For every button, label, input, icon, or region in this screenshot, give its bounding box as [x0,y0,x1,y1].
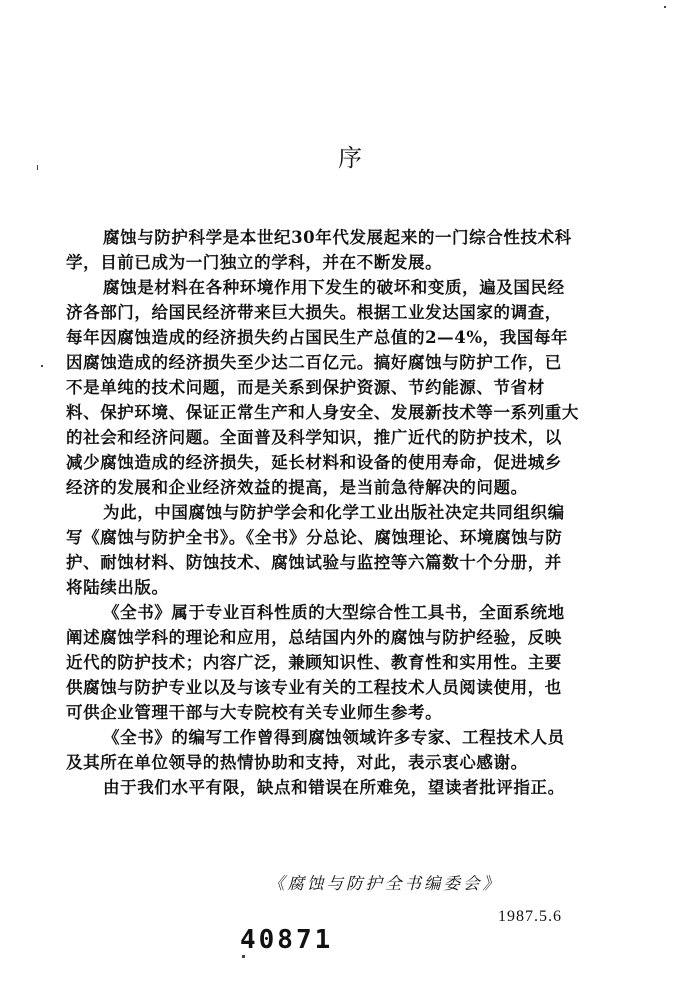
paragraph-6: 由于我们水平有限，缺点和错误在所难免，望读者批评指正。 [66,775,596,800]
date: 1987.5.6 [498,908,562,926]
text-line: 阐述腐蚀学科的理论和应用，总结国内外的腐蚀与防护经验，反映 [66,625,596,650]
preface-body: 腐蚀与防护科学是本世纪30年代发展起来的一门综合性技术科 学，目前已成为一门独立… [66,225,596,800]
text-line: 因腐蚀造成的经济损失至少达二百亿元。搞好腐蚀与防护工作，已 [66,350,596,375]
paragraph-4: 《全书》属于专业百科性质的大型综合性工具书，全面系统地 阐述腐蚀学科的理论和应用… [66,600,596,725]
stamp-number: 40871 [240,925,333,955]
paragraph-1: 腐蚀与防护科学是本世纪30年代发展起来的一门综合性技术科 学，目前已成为一门独立… [66,225,596,275]
text-line: 《全书》的编写工作曾得到腐蚀领域许多专家、工程技术人员 [66,725,596,750]
text-line: 可供企业管理干部与大专院校有关专业师生参考。 [66,700,596,725]
text-line: 腐蚀与防护科学是本世纪30年代发展起来的一门综合性技术科 [66,225,596,250]
signature: 《腐蚀与防护全书编委会》 [268,870,502,894]
text-line: 料、保护环境、保证正常生产和人身安全、发展新技术等一系列重大 [66,400,596,425]
text-line: 及其所在单位领导的热情协助和支持，对此，表示衷心感谢。 [66,750,596,775]
text-line: 将陆续出版。 [66,575,596,600]
text-line: 为此，中国腐蚀与防护学会和化学工业出版社决定共同组织编 [66,500,596,525]
text-line: 每年因腐蚀造成的经济损失约占国民生产总值的2—4%，我国每年 [66,325,596,350]
scan-speck [242,955,245,958]
text-line: 《全书》属于专业百科性质的大型综合性工具书，全面系统地 [66,600,596,625]
paragraph-5: 《全书》的编写工作曾得到腐蚀领域许多专家、工程技术人员 及其所在单位领导的热情协… [66,725,596,775]
text-line: 经济的发展和企业经济效益的提高，是当前急待解决的问题。 [66,475,596,500]
text-line: 护、耐蚀材料、防蚀技术、腐蚀试验与监控等六篇数十个分册，并 [66,550,596,575]
text-line: 济各部门，给国民经济带来巨大损失。根据工业发达国家的调查， [66,300,596,325]
text-line: 近代的防护技术；内容广泛，兼顾知识性、教育性和实用性。主要 [66,650,596,675]
paragraph-3: 为此，中国腐蚀与防护学会和化学工业出版社决定共同组织编 写《腐蚀与防护全书》。《… [66,500,596,600]
text-line: 不是单纯的技术问题，而是关系到保护资源、节约能源、节省材 [66,375,596,400]
scan-speck [37,165,38,170]
text-line: 写《腐蚀与防护全书》。《全书》分总论、腐蚀理论、环境腐蚀与防 [66,525,596,550]
text-line: 减少腐蚀造成的经济损失，延长材料和设备的使用寿命，促进城乡 [66,450,596,475]
text-line: 学，目前已成为一门独立的学科，并在不断发展。 [66,250,596,275]
text-line: 腐蚀是材料在各种环境作用下发生的破坏和变质，遍及国民经 [66,275,596,300]
text-line: 由于我们水平有限，缺点和错误在所难免，望读者批评指正。 [66,775,596,800]
scan-speck [41,365,43,367]
paragraph-2: 腐蚀是材料在各种环境作用下发生的破坏和变质，遍及国民经 济各部门，给国民经济带来… [66,275,596,500]
scan-speck [664,6,666,8]
text-line: 供腐蚀与防护专业以及与该专业有关的工程技术人员阅读使用，也 [66,675,596,700]
page-title: 序 [0,138,700,173]
text-line: 的社会和经济问题。全面普及科学知识，推广近代的防护技术，以 [66,425,596,450]
